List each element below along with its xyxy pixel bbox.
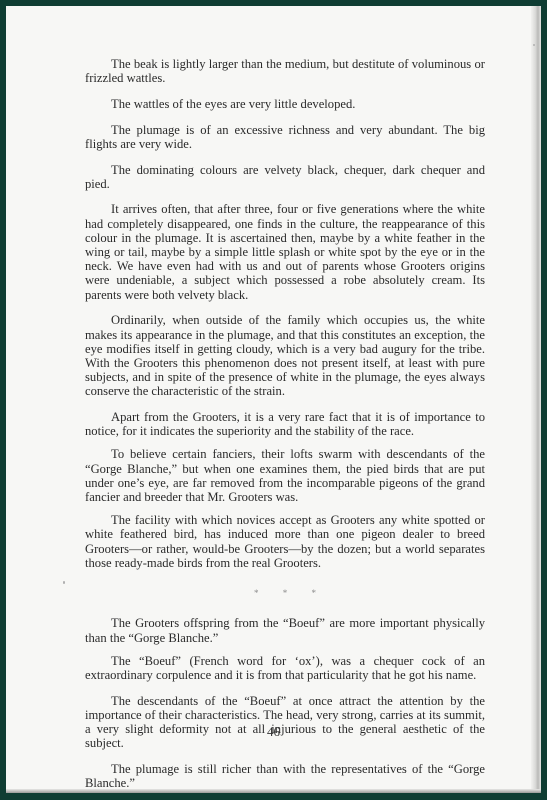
scanned-page: The beak is lightly larger than the medi… (6, 6, 541, 793)
paper-speck (533, 44, 535, 46)
paragraph-richer-plumage: The plumage is still richer than with th… (85, 762, 485, 790)
section-separator-asterisks: * * * (85, 586, 485, 600)
paragraph-novices: The facility with which novices accept a… (85, 513, 485, 570)
paragraph-plumage: The plumage is of an excessive richness … (85, 123, 485, 151)
paragraph-boeuf-offspring: The Grooters offspring from the “Boeuf” … (85, 616, 485, 644)
paragraph-boeuf-descendants: The descendants of the “Boeuf” at once a… (85, 694, 485, 751)
paragraph-rare-fact: Apart from the Grooters, it is a very ra… (85, 410, 485, 438)
paragraph-eye-wattles: The wattles of the eyes are very little … (85, 97, 485, 111)
paragraph-colours: The dominating colours are velvety black… (85, 163, 485, 191)
page-frame: The beak is lightly larger than the medi… (3, 3, 544, 797)
paragraph-fanciers: To believe certain fanciers, their lofts… (85, 447, 485, 504)
paragraph-white-reappearance: It arrives often, that after three, four… (85, 202, 485, 301)
page-number: 46 (6, 724, 541, 740)
paragraph-boeuf-name: The “Boeuf” (French word for ‘ox’), was … (85, 654, 485, 682)
body-text: The beak is lightly larger than the medi… (85, 57, 485, 793)
paragraph-beak: The beak is lightly larger than the medi… (85, 57, 485, 85)
paper-speck (63, 581, 65, 584)
paragraph-cloudy-eye: Ordinarily, when outside of the family w… (85, 313, 485, 398)
page-gutter-shadow (531, 6, 541, 793)
